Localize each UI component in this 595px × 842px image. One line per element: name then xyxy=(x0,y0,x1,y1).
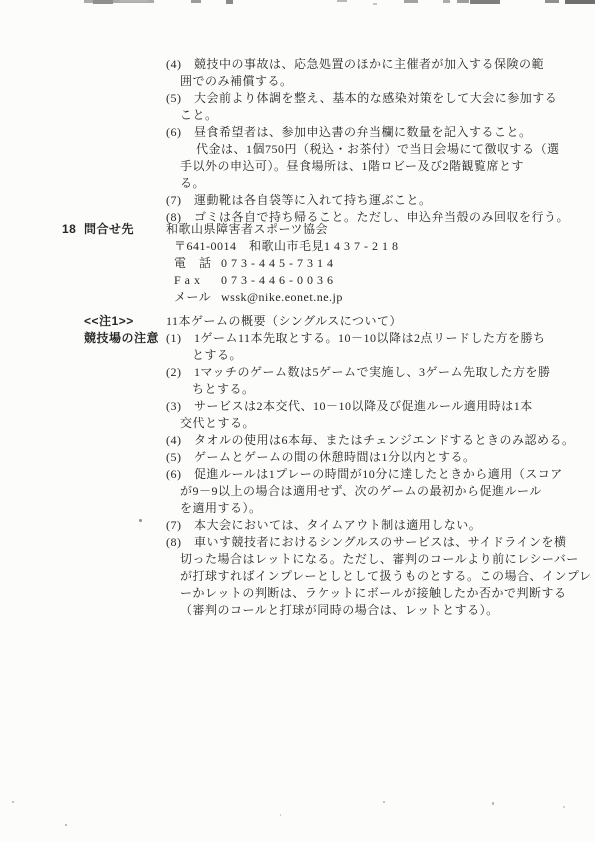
rule-item-line: (6) 昼食希望者は、参加申込書の弁当欄に数量を記入すること。 xyxy=(166,124,569,141)
fax-number: 073-446-0036 xyxy=(221,273,337,287)
scan-speck xyxy=(65,824,67,826)
note-line: (8) 車いす競技者におけるシングルスのサービスは、サイドラインを横 xyxy=(166,534,592,551)
scan-artifact xyxy=(470,0,500,4)
scan-artifact xyxy=(457,0,469,3)
contact-section: 18 問合せ先 和歌山県障害者スポーツ協会 〒641-0014 和歌山市毛見14… xyxy=(62,221,402,306)
note-line: (4) タオルの使用は6本毎、またはチェンジエンドするときのみ認める。 xyxy=(166,432,592,449)
rule-item-line: (5) 大会前より体調を整え、基本的な感染対策をして大会に参加する xyxy=(166,90,569,107)
rule-item-line: 囲でのみ補償する。 xyxy=(180,73,569,90)
contact-address-number: 1437-218 xyxy=(324,239,402,253)
note-line: （審判のコールと打球が同時の場合は、レットとする）。 xyxy=(180,602,592,619)
rule-item-line: 手以外の申込可）。昼食場所は、1階ロビー及び2階観覧席とす xyxy=(180,158,569,175)
contact-fax: F a x073-446-0036 xyxy=(174,272,402,289)
contact-address: 〒641-0014 和歌山市毛見1437-218 xyxy=(174,238,402,255)
note-line: (7) 本大会においては、タイムアウト制は適用しない。 xyxy=(166,517,592,534)
rule-item-line: る。 xyxy=(180,175,569,192)
scan-speck xyxy=(492,802,494,805)
email-label: メール xyxy=(174,289,221,306)
phone-number: 073-445-7314 xyxy=(221,256,337,270)
note-line: が9－9以上の場合は適用せず、次のゲームの最初から促進ルール xyxy=(180,483,592,500)
scan-artifact xyxy=(120,0,148,2)
scan-speck xyxy=(12,801,14,803)
note-line: (3) サービスは2本交代、10－10以降及び促進ルール適用時は1本 xyxy=(166,398,592,415)
rule-item-line: こと。 xyxy=(180,107,569,124)
note1-label: <<注1>> 競技場の注意 xyxy=(84,313,159,347)
scan-artifact xyxy=(404,0,418,3)
note-line: 交代とする。 xyxy=(180,415,592,432)
rule-item-line: (7) 運動靴は各自袋等に入れて持ち運ぶこと。 xyxy=(166,192,569,209)
phone-label: 電 話 xyxy=(174,255,221,272)
contact-org: 和歌山県障害者スポーツ協会 xyxy=(166,221,402,238)
scan-speck xyxy=(280,814,281,816)
venue-notes-label: 競技場の注意 xyxy=(84,330,159,347)
scan-speck xyxy=(563,806,565,808)
scan-artifact xyxy=(565,0,595,4)
note1-tag: <<注1>> xyxy=(84,313,159,330)
scan-artifact xyxy=(337,0,347,2)
email-address: wssk@nike.eonet.ne.jp xyxy=(221,290,343,304)
scanned-page: (4) 競技中の事故は、応急処置のほかに主催者が加入する保険の範 囲でのみ補償す… xyxy=(0,0,595,842)
fax-label: F a x xyxy=(174,272,221,289)
note-line: を適用する）。 xyxy=(180,500,592,517)
note-line: 切った場合はレットになる。ただし、審判のコールより前にレシーバー xyxy=(180,551,592,568)
scan-artifact xyxy=(226,0,233,4)
note-line: (2) 1マッチのゲーム数は5ゲームで実施し、3ゲーム先取した方を勝 xyxy=(166,364,592,381)
scan-artifact xyxy=(191,0,201,3)
note1-section: <<注1>> 競技場の注意 11本ゲームの概要（シングルスについて） (1) 1… xyxy=(62,313,592,619)
contact-address-prefix: 〒641-0014 和歌山市毛見 xyxy=(174,239,324,253)
game-overview-heading: 11本ゲームの概要（シングルスについて） xyxy=(166,313,592,330)
rule-item-line: (4) 競技中の事故は、応急処置のほかに主催者が加入する保険の範 xyxy=(166,56,569,73)
note-line: ーかレットの判断は、ラケットにボールが接触したか否かで判断する xyxy=(180,585,592,602)
note-line: ちとする。 xyxy=(192,381,592,398)
note-line: (1) 1ゲーム11本先取とする。10－10以降は2点リードした方を勝ち xyxy=(166,330,592,347)
scan-artifact xyxy=(373,3,377,5)
scan-artifact xyxy=(443,0,450,3)
scan-speck xyxy=(383,801,385,803)
rule-item-line: 代金は、1個750円（税込・お茶付）で当日会場にて徴収する（選 xyxy=(196,141,569,158)
section-number: 18 xyxy=(62,221,76,238)
scan-artifact xyxy=(545,0,559,3)
contact-label: 問合せ先 xyxy=(84,221,134,238)
note-line: が打球すればインプレーとしとして扱うものとする。この場合、インプレ xyxy=(180,568,592,585)
rules-list: (4) 競技中の事故は、応急処置のほかに主催者が加入する保険の範 囲でのみ補償す… xyxy=(166,56,569,226)
note-line: (5) ゲームとゲームの間の休憩時間は1分以内とする。 xyxy=(166,449,592,466)
scan-artifact xyxy=(93,0,113,4)
note-line: (6) 促進ルールは1プレーの時間が10分に達したときから適用（スコア xyxy=(166,466,592,483)
contact-email: メールwssk@nike.eonet.ne.jp xyxy=(174,289,402,306)
note-line: とする。 xyxy=(192,347,592,364)
contact-phone: 電 話073-445-7314 xyxy=(174,255,402,272)
